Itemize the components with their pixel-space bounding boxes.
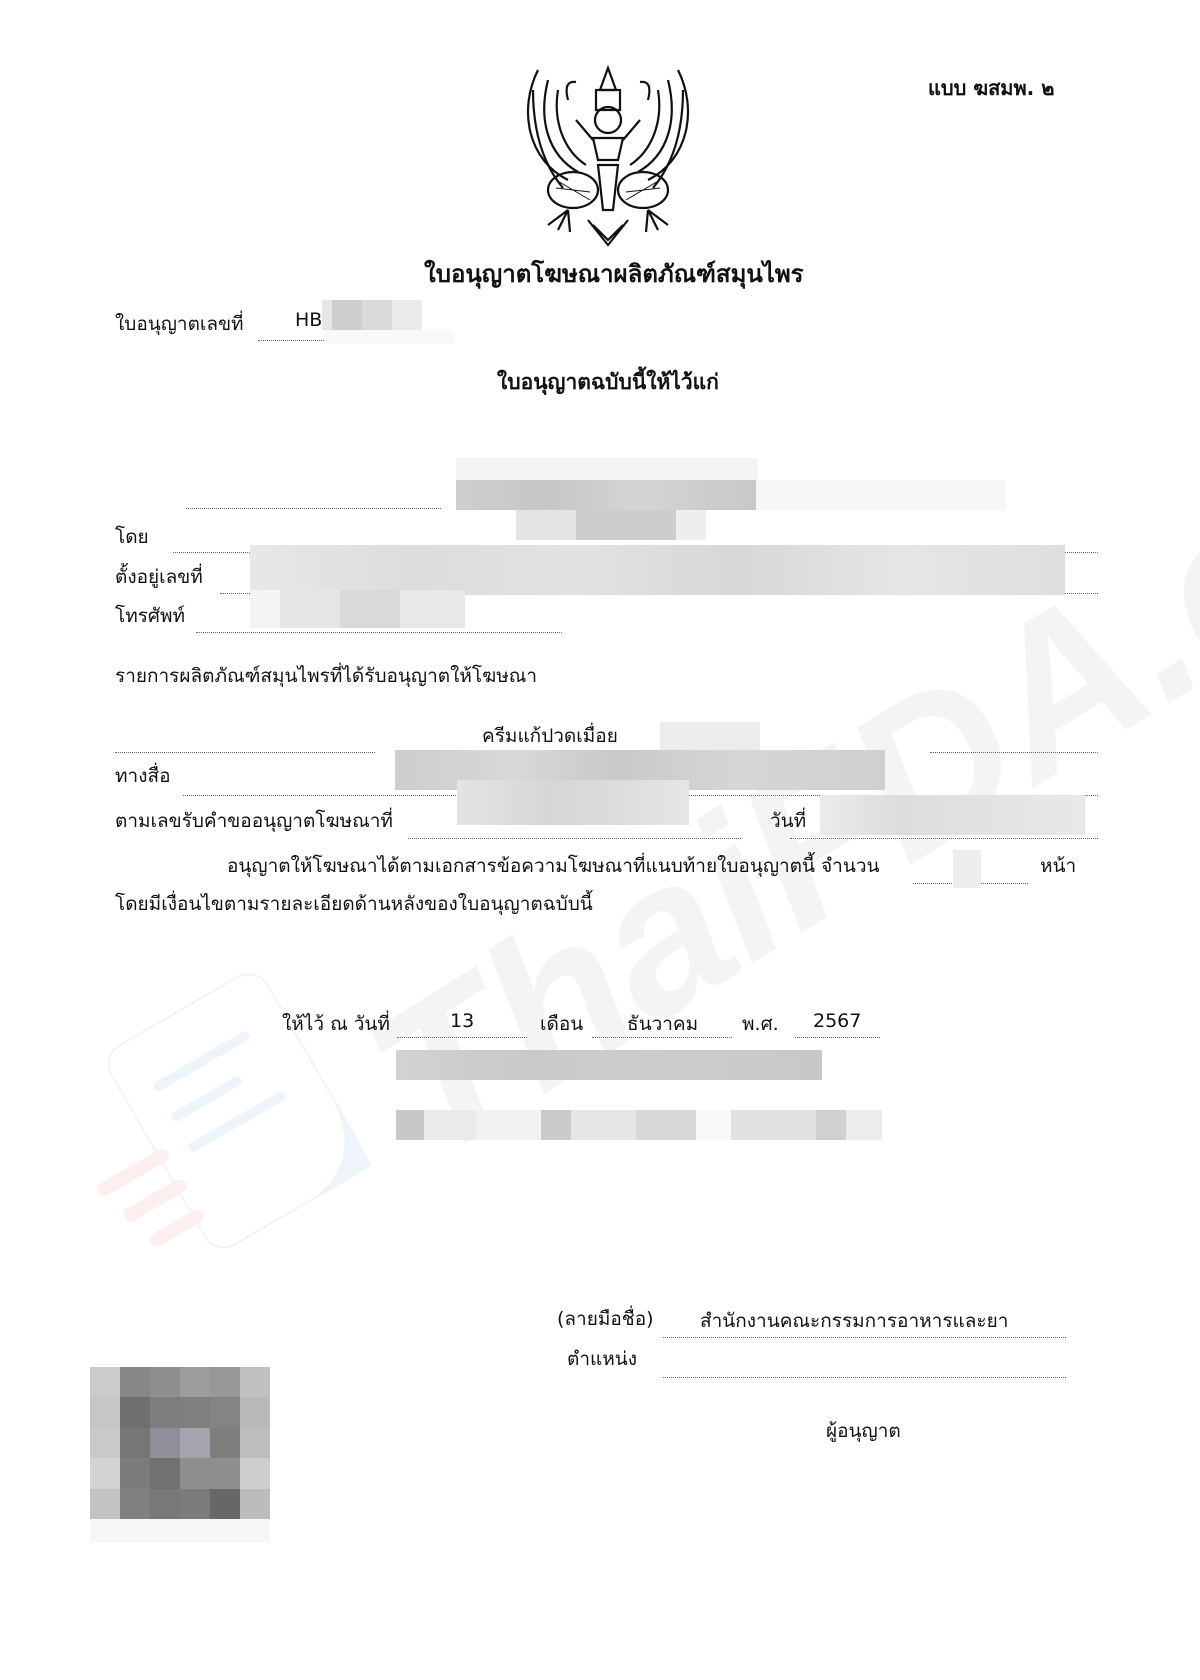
redacted-license-number: [322, 300, 422, 330]
holder-name-line: [186, 508, 441, 509]
license-number-value: HB: [295, 311, 322, 330]
redaction-shadow: [90, 1519, 270, 1543]
signer-line: [663, 1337, 1066, 1338]
redacted-address: [250, 545, 1065, 595]
phone-label: โทรศัพท์: [115, 607, 185, 626]
permit-text: อนุญาตให้โฆษณาได้ตามเอกสารข้อความโฆษณาที…: [227, 857, 880, 876]
request-number-line: [408, 838, 741, 839]
issue-month: ธันวาคม: [627, 1015, 698, 1034]
redacted-product-name: [660, 722, 760, 752]
document-logo-watermark-icon: [80, 960, 380, 1280]
media-label: ทางสื่อ: [115, 767, 170, 786]
redacted-signer-name: [396, 1110, 882, 1140]
product-name-line-left: [115, 752, 375, 753]
qr-code-redacted-icon: [90, 1367, 270, 1519]
form-code: แบบ ฆสมพ. ๒: [928, 78, 1054, 98]
request-number-label: ตามเลขรับคำขออนุญาตโฆษณาที่: [115, 812, 393, 831]
redacted-holder-name: [456, 458, 758, 558]
licensor-role: ผู้อนุญาต: [826, 1422, 901, 1441]
product-name-line-right: [930, 752, 1098, 753]
product-list-label: รายการผลิตภัณฑ์สมุนไพรที่ได้รับอนุญาตให้…: [115, 667, 537, 686]
issue-year: 2567: [813, 1012, 861, 1031]
signer-name: สำนักงานคณะกรรมการอาหารและยา: [700, 1312, 1008, 1331]
phone-line: [196, 632, 562, 633]
redacted-pages: [953, 850, 981, 888]
position-line: [663, 1377, 1066, 1378]
product-name: ครีมแก้ปวดเมื่อย: [482, 727, 618, 746]
redaction-shadow: [324, 330, 454, 344]
redacted-request-date: [820, 795, 1085, 835]
redaction-shadow: [756, 480, 1006, 510]
redacted-signature: [396, 1050, 822, 1080]
signature-label: (ลายมือชื่อ): [557, 1310, 654, 1329]
pages-unit: หน้า: [1040, 857, 1076, 876]
issue-year-label: พ.ศ.: [742, 1015, 779, 1034]
request-date-label: วันที่: [770, 812, 806, 831]
redacted-phone: [250, 590, 465, 628]
license-number-label: ใบอนุญาตเลขที่: [115, 315, 244, 334]
issue-day: 13: [450, 1012, 474, 1031]
address-label: ตั้งอยู่เลขที่: [115, 568, 203, 587]
position-label: ตำแหน่ง: [567, 1350, 637, 1369]
issue-day-line: [397, 1037, 527, 1038]
issue-month-label: เดือน: [540, 1015, 583, 1034]
garuda-emblem-icon: [508, 60, 708, 250]
issue-given-label: ให้ไว้ ณ วันที่: [282, 1015, 390, 1034]
license-number-line: [258, 340, 324, 341]
by-label: โดย: [115, 528, 149, 547]
document-title: ใบอนุญาตโฆษณาผลิตภัณฑ์สมุนไพร: [424, 262, 804, 286]
conditions-text: โดยมีเงื่อนไขตามรายละเอียดด้านหลังของใบอ…: [115, 895, 593, 914]
redacted-request-number: [457, 780, 689, 825]
request-date-line: [790, 838, 1098, 839]
issue-year-line: [795, 1037, 880, 1038]
issued-to-heading: ใบอนุญาตฉบับนี้ให้ไว้แก่: [497, 372, 719, 393]
issue-month-line: [592, 1037, 732, 1038]
